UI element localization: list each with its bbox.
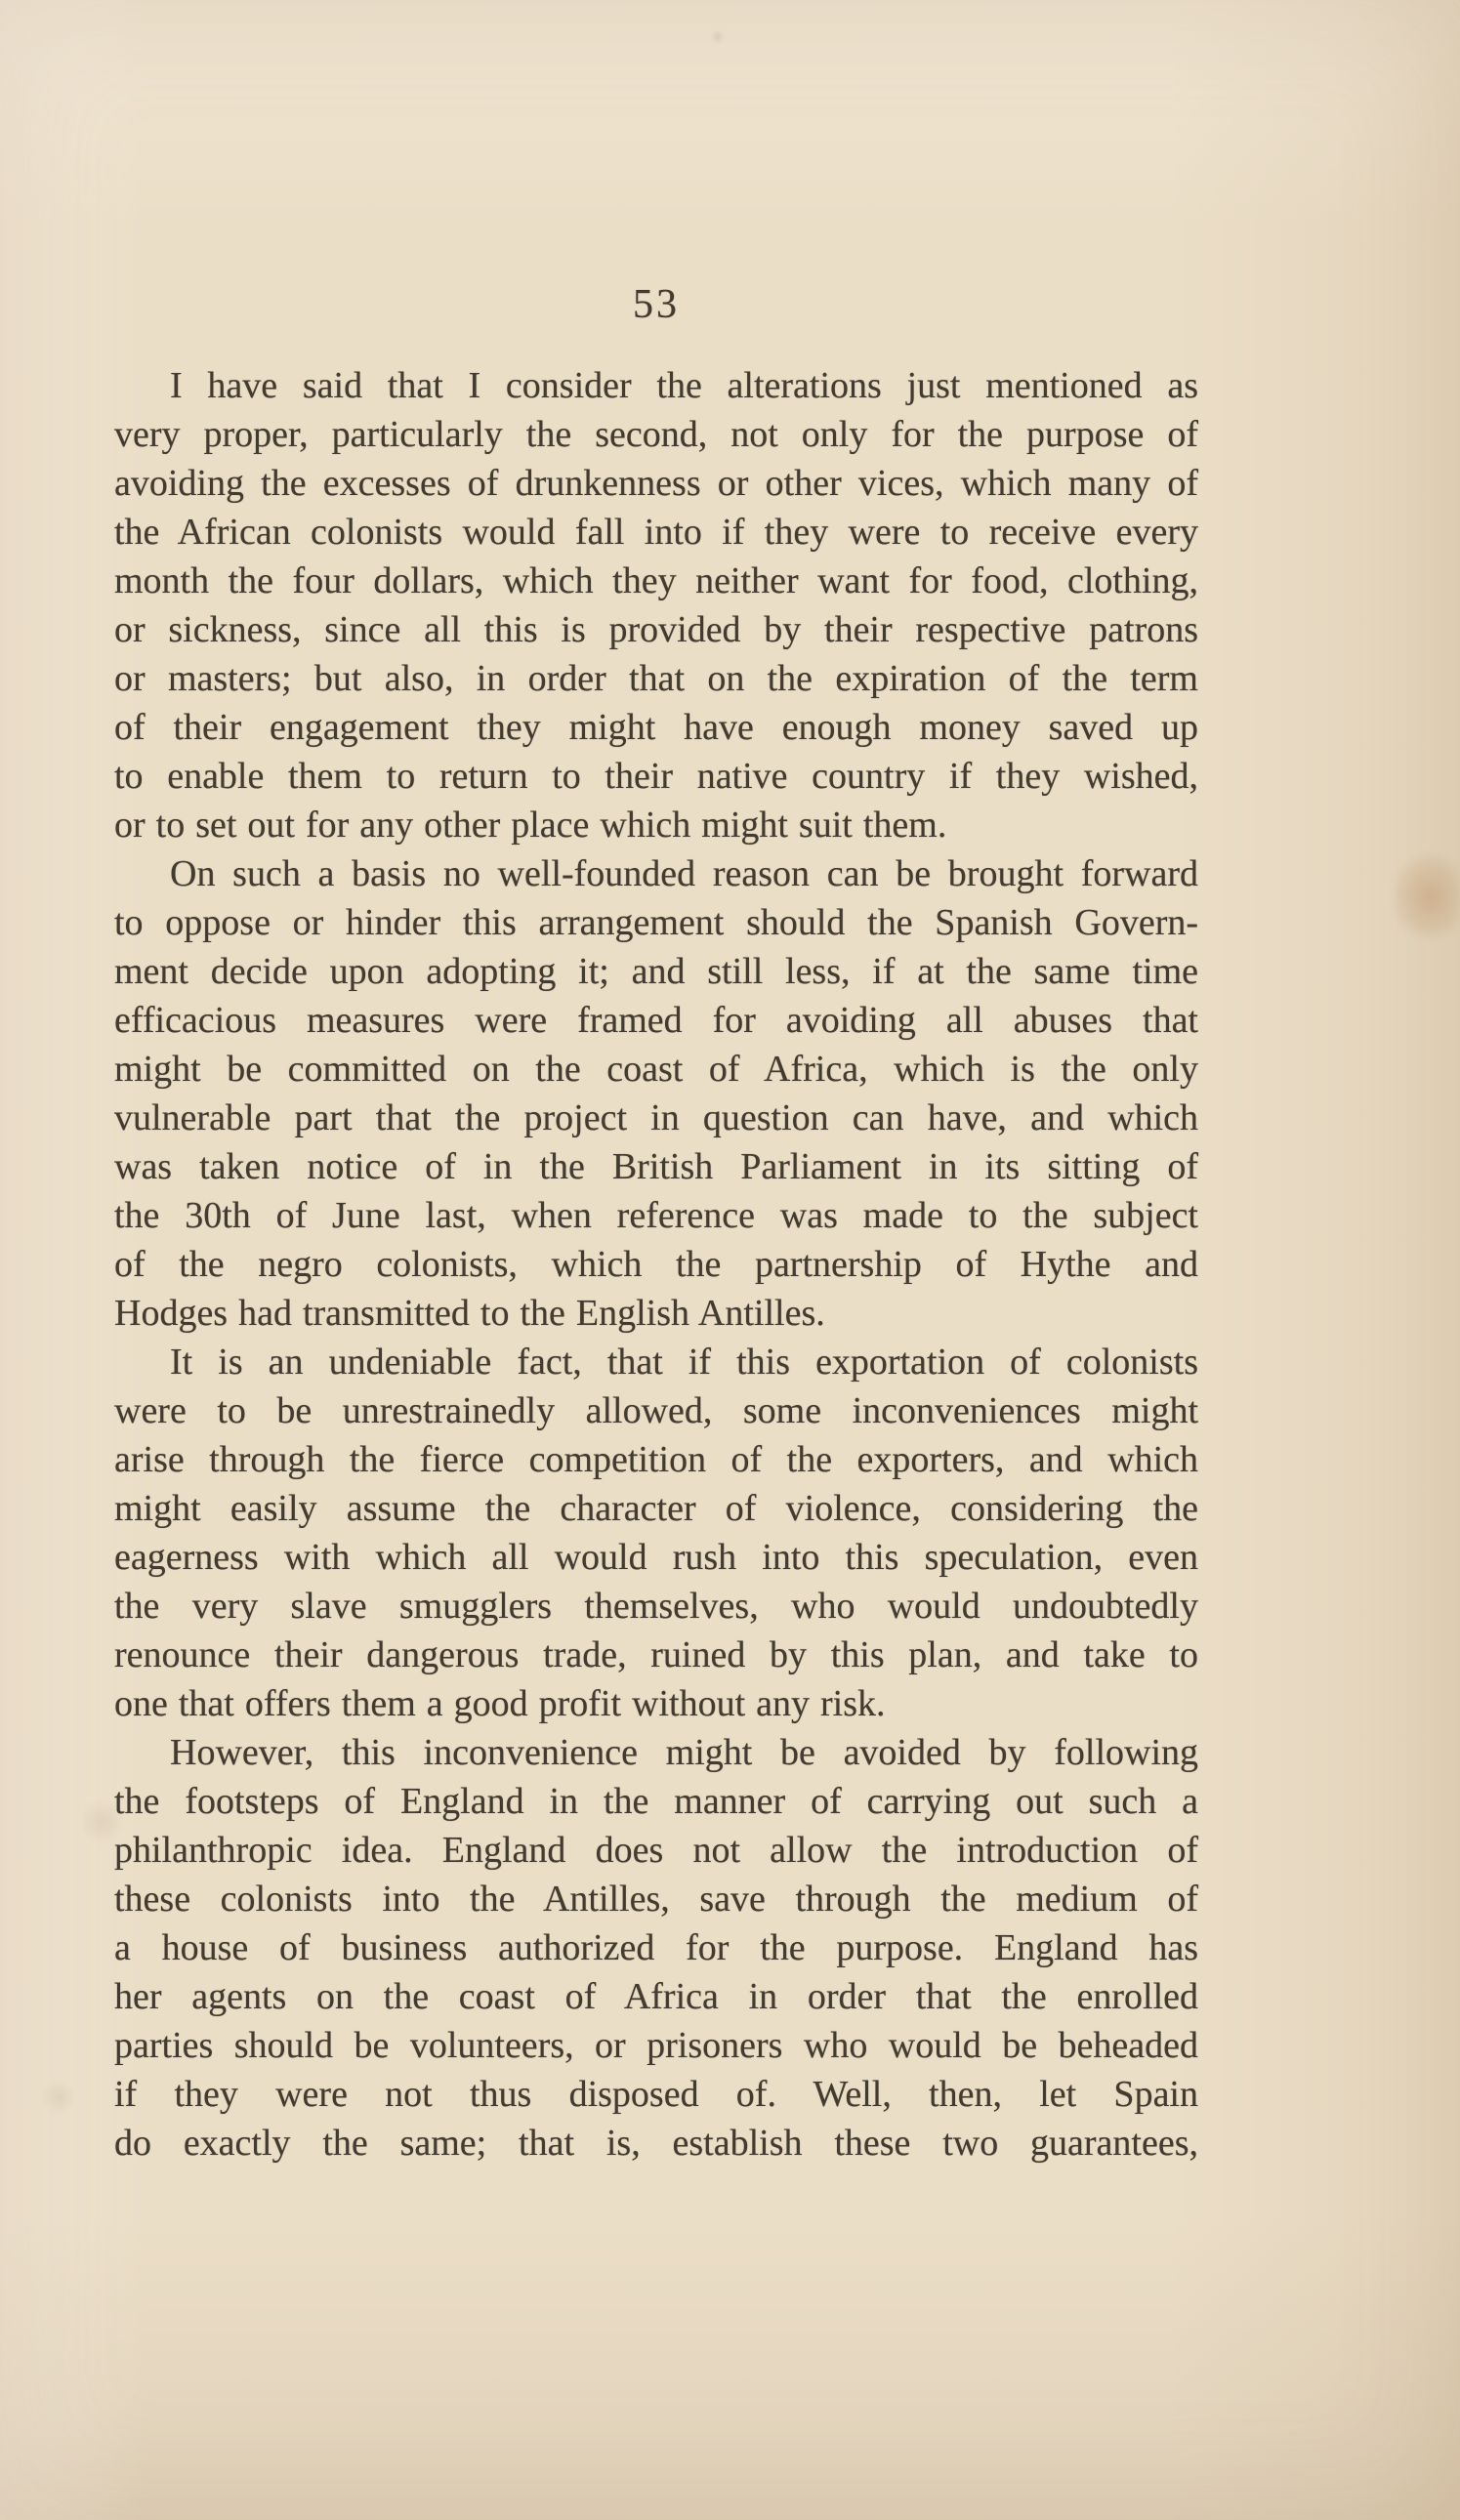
text-line: I have said that I consider the alterati…: [114, 361, 1198, 410]
text-line: vulnerable part that the project in ques…: [114, 1094, 1198, 1142]
text-line: ment decide upon adopting it; and still …: [114, 947, 1198, 996]
text-line: to oppose or hinder this arrangement sho…: [114, 898, 1198, 947]
text-line: arise through the fierce competition of …: [114, 1435, 1198, 1484]
text-line: were to be unrestrainedly allowed, some …: [114, 1386, 1198, 1435]
text-line: efficacious measures were framed for avo…: [114, 996, 1198, 1045]
paragraph-4: However, this inconvenience might be avo…: [114, 1728, 1198, 2168]
text-line: philanthropic idea. England does not all…: [114, 1826, 1198, 1875]
text-line: the very slave smugglers themselves, who…: [114, 1582, 1198, 1631]
paragraph-2: On such a basis no well-founded reason c…: [114, 849, 1198, 1338]
text-line: It is an undeniable fact, that if this e…: [114, 1338, 1198, 1386]
scanned-book-page: { "page": { "number": "53", "paragraphs"…: [0, 0, 1460, 2520]
page-number: 53: [114, 281, 1198, 328]
paragraph-1: I have said that I consider the alterati…: [114, 361, 1198, 849]
text-line: the 30th of June last, when reference wa…: [114, 1191, 1198, 1240]
text-line: was taken notice of in the British Parli…: [114, 1142, 1198, 1191]
text-line: renounce their dangerous trade, ruined b…: [114, 1631, 1198, 1679]
text-line: avoiding the excesses of drunkenness or …: [114, 459, 1198, 508]
text-line: if they were not thus disposed of. Well,…: [114, 2070, 1198, 2119]
text-line: to enable them to return to their native…: [114, 752, 1198, 801]
text-line: parties should be volunteers, or prisone…: [114, 2021, 1198, 2070]
text-line: Hodges had transmitted to the English An…: [114, 1289, 1198, 1338]
text-line: or masters; but also, in order that on t…: [114, 654, 1198, 703]
text-line: month the four dollars, which they neith…: [114, 557, 1198, 605]
paper-stain: [1353, 810, 1460, 976]
text-line: might easily assume the character of vio…: [114, 1484, 1198, 1533]
text-line: of the negro colonists, which the partne…: [114, 1240, 1198, 1289]
text-line: her agents on the coast of Africa in ord…: [114, 1972, 1198, 2021]
text-line: the African colonists would fall into if…: [114, 508, 1198, 557]
text-line: eagerness with which all would rush into…: [114, 1533, 1198, 1582]
text-line: On such a basis no well-founded reason c…: [114, 849, 1198, 898]
text-line: or to set out for any other place which …: [114, 801, 1198, 849]
paragraph-3: It is an undeniable fact, that if this e…: [114, 1338, 1198, 1728]
text-line: might be committed on the coast of Afric…: [114, 1045, 1198, 1094]
text-line: one that offers them a good profit witho…: [114, 1679, 1198, 1728]
text-line: of their engagement they might have enou…: [114, 703, 1198, 752]
text-line: these colonists into the Antilles, save …: [114, 1875, 1198, 1923]
text-line: a house of business authorized for the p…: [114, 1923, 1198, 1972]
text-line: or sickness, since all this is provided …: [114, 605, 1198, 654]
page-text: I have said that I consider the alterati…: [114, 361, 1198, 2168]
text-line: very proper, particularly the second, no…: [114, 410, 1198, 459]
text-line: do exactly the same; that is, establish …: [114, 2119, 1198, 2168]
text-line: the footsteps of England in the manner o…: [114, 1777, 1198, 1826]
text-line: However, this inconvenience might be avo…: [114, 1728, 1198, 1777]
